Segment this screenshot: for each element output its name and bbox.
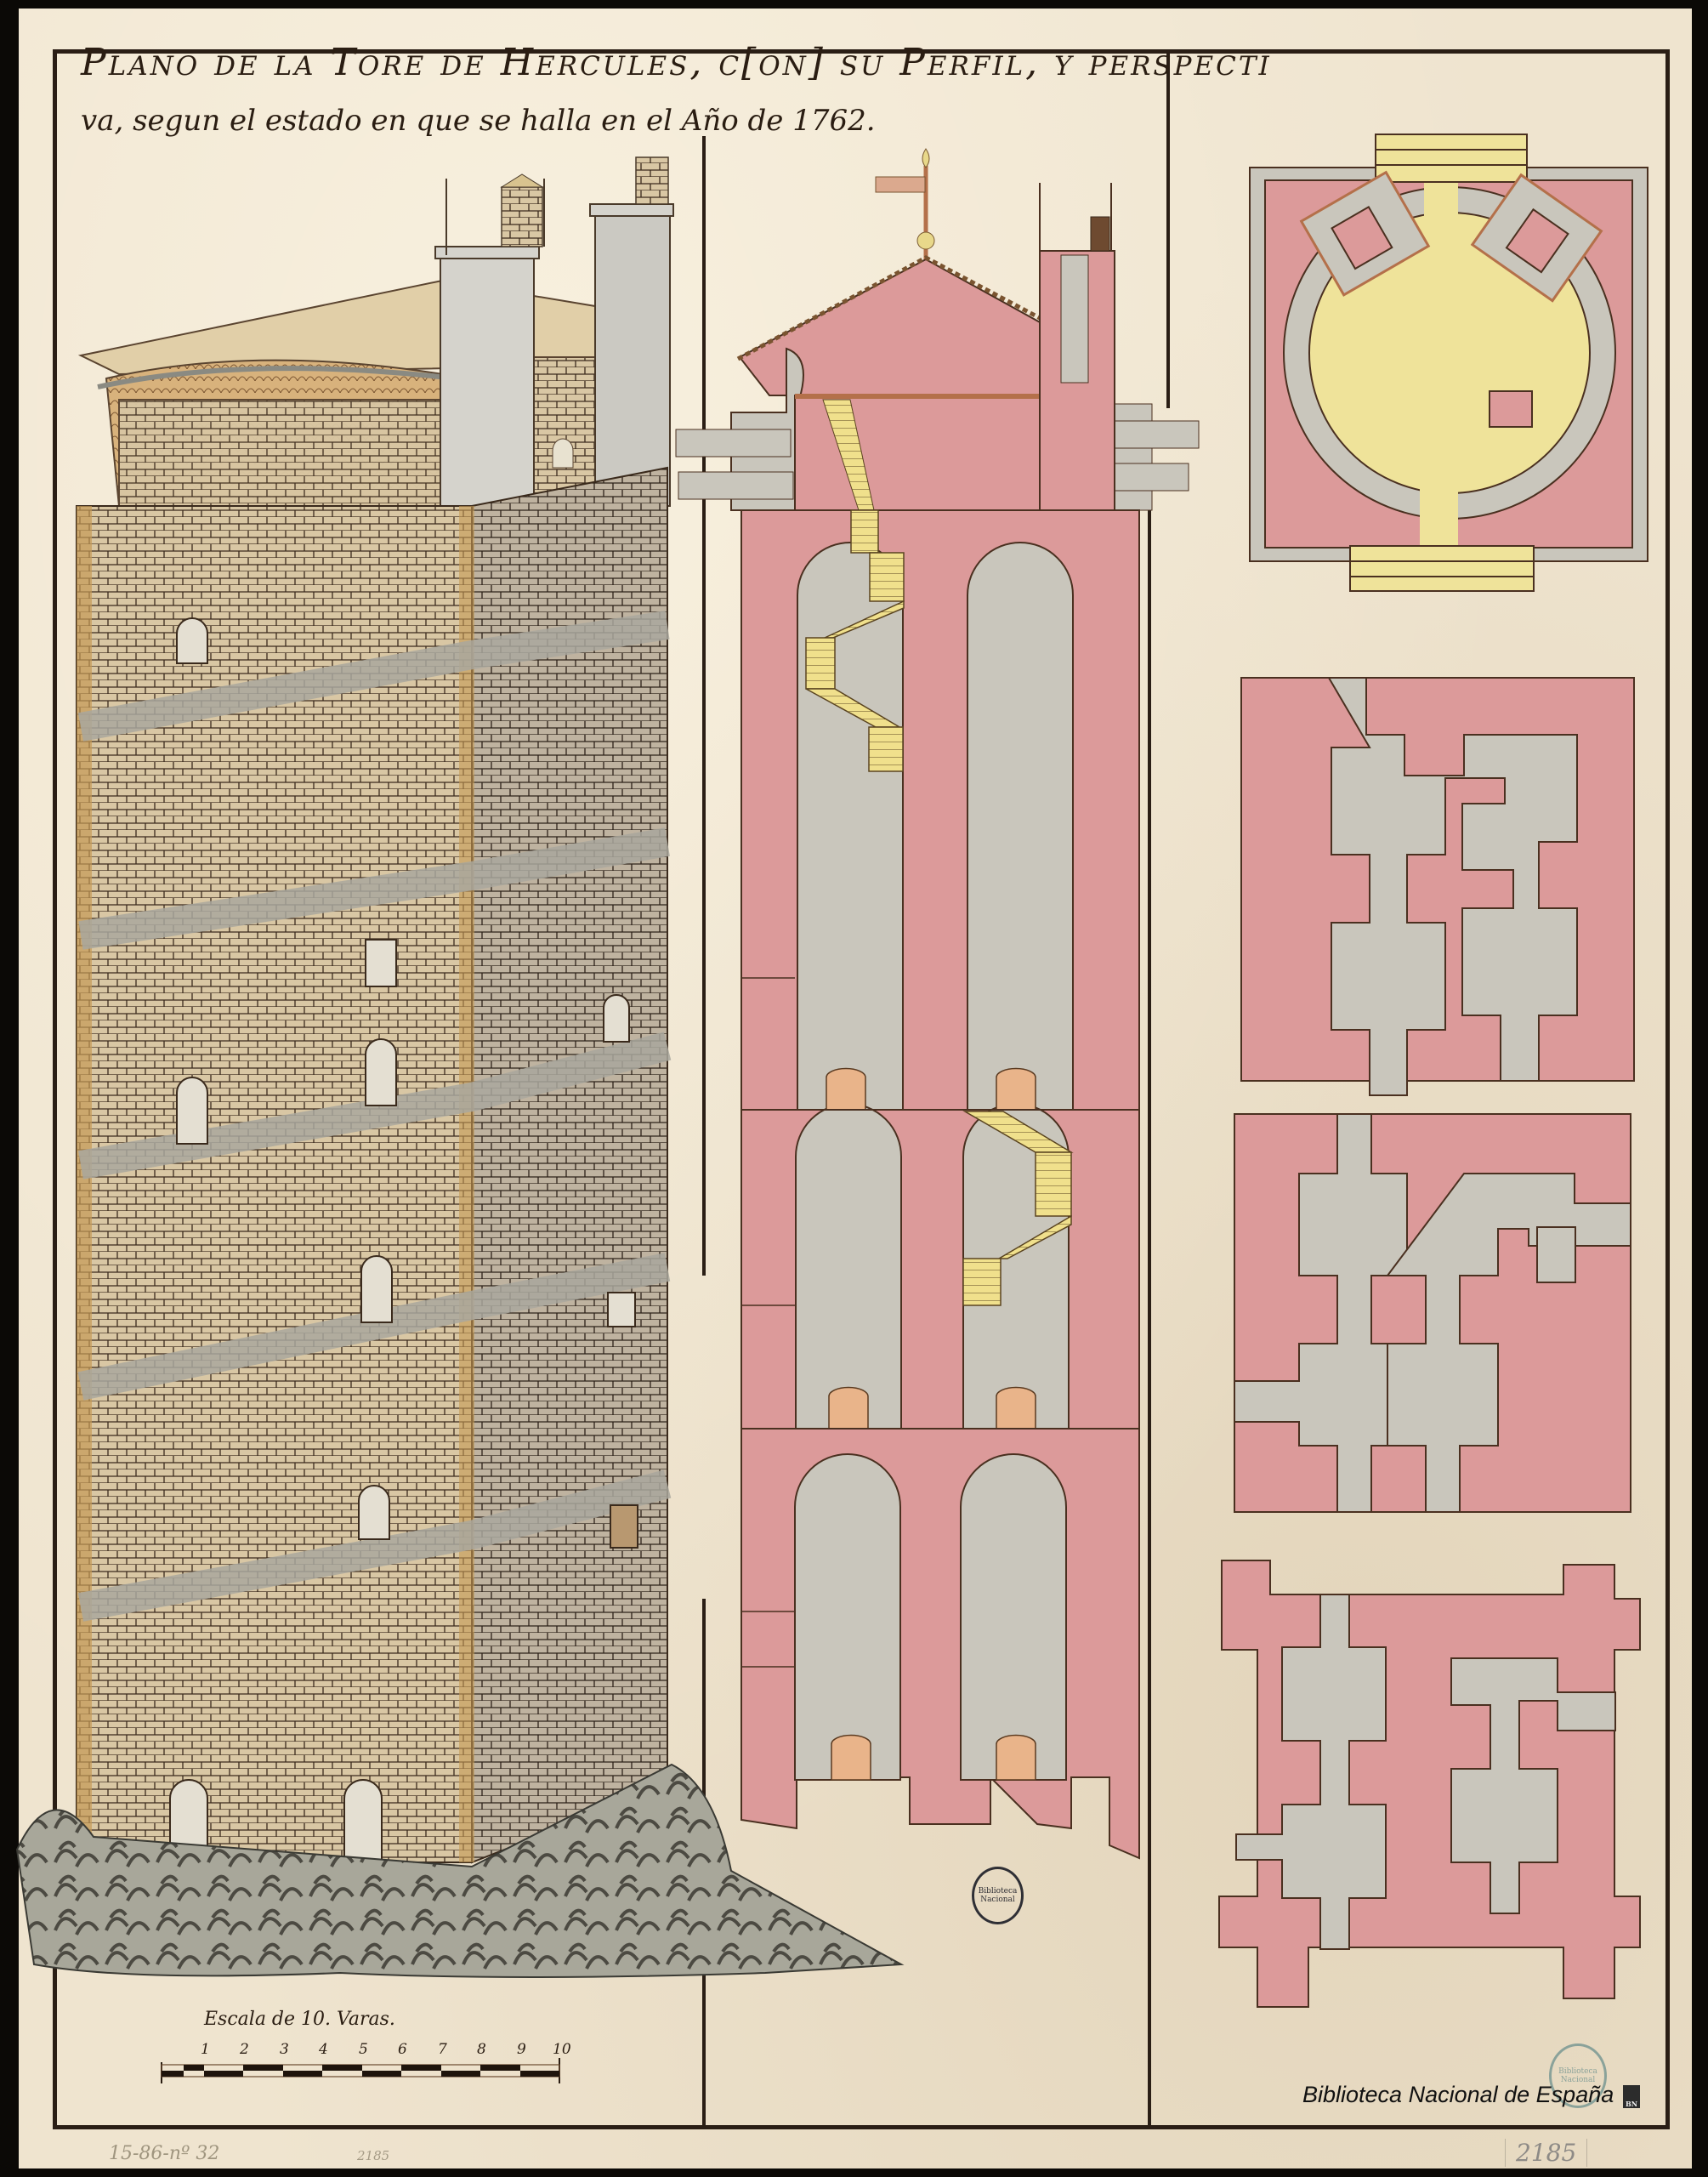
scale-tick-10: 10 [553, 2041, 571, 2058]
drawing-canvas [0, 0, 1708, 2177]
scale-tick-2: 2 [240, 2041, 249, 2058]
library-stamp-section: Biblioteca Nacional [972, 1867, 1024, 1924]
watermark-text: Biblioteca Nacional de España [1302, 2082, 1614, 2108]
scale-bar [162, 2058, 559, 2083]
scale-label: Escala de 10. Varas. [204, 2009, 395, 2030]
shelfmark-annotation: 15-86-nº 32 [109, 2143, 219, 2164]
scale-tick-6: 6 [398, 2041, 407, 2058]
scale-tick-9: 9 [517, 2041, 526, 2058]
scale-tick-5: 5 [359, 2041, 368, 2058]
plan-ground [1219, 1560, 1640, 2007]
plan-middle [1234, 1114, 1631, 1512]
stamp-text: Biblioteca Nacional [974, 1887, 1021, 1904]
scale-tick-3: 3 [280, 2041, 289, 2058]
scale-tick-8: 8 [477, 2041, 486, 2058]
bn-logo-text: BN [1626, 2100, 1637, 2108]
section-profile [676, 149, 1199, 1858]
bn-logo-icon: BN [1623, 2085, 1640, 2108]
faint-annotation: 2185 [357, 2148, 389, 2163]
scale-tick-7: 7 [438, 2041, 447, 2058]
scale-tick-4: 4 [319, 2041, 328, 2058]
catalog-number: 2185 [1505, 2139, 1587, 2167]
scale-tick-1: 1 [201, 2041, 210, 2058]
plan-top [1250, 134, 1648, 591]
plan-upper [1241, 678, 1634, 1095]
